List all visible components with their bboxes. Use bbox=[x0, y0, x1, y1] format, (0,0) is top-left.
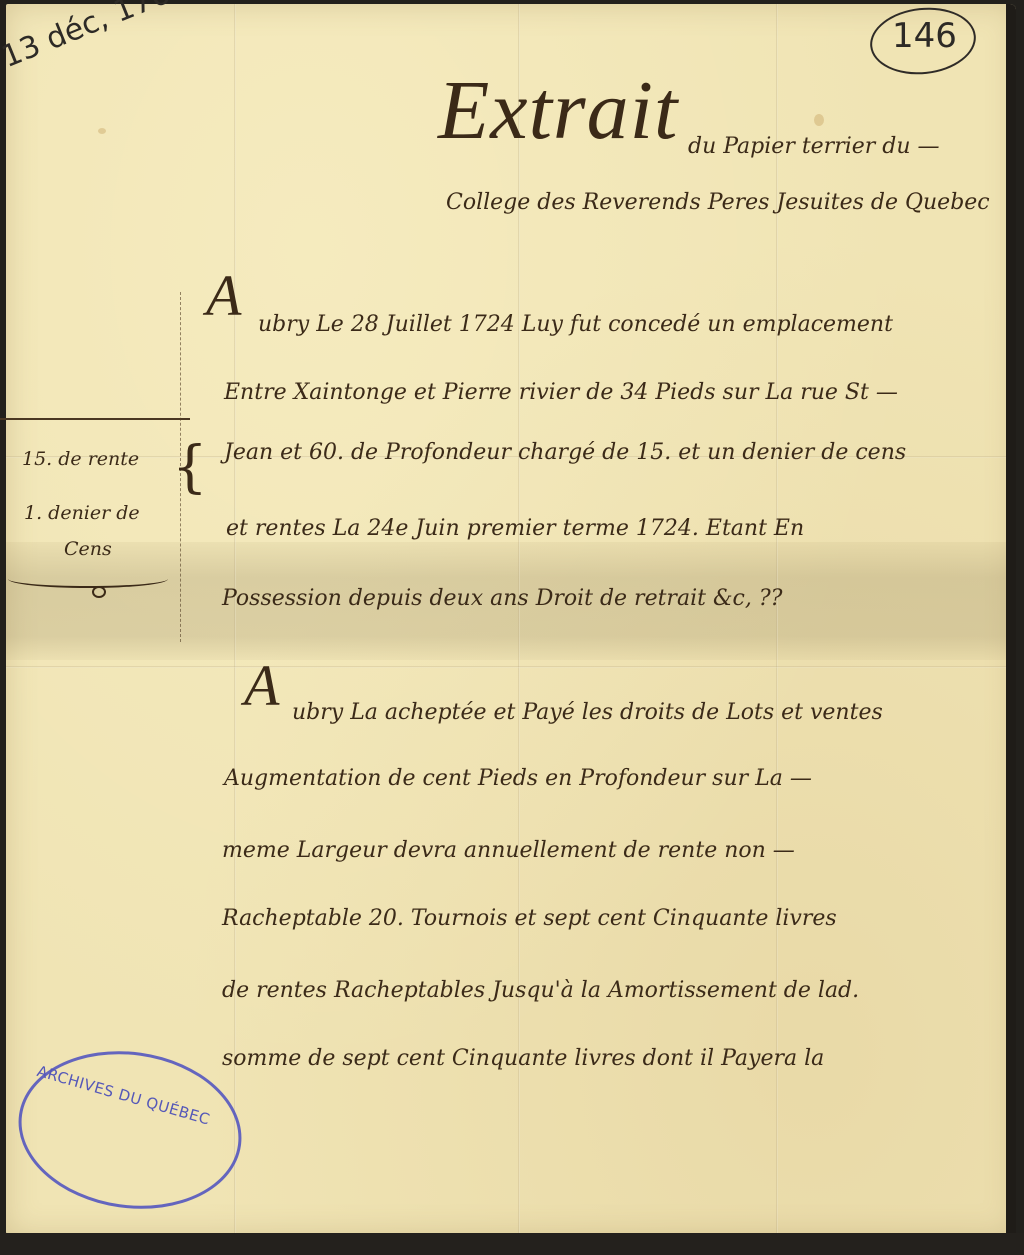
title-line-2: College des Reverends Peres Jesuites de … bbox=[446, 190, 990, 215]
title-line-1: du Papier terrier du — bbox=[688, 134, 940, 159]
margin-note-denier: 1. denier de bbox=[24, 502, 140, 524]
text-line: meme Largeur devra annuellement de rente… bbox=[222, 838, 795, 863]
paper-stain bbox=[98, 128, 106, 134]
page-edge bbox=[1006, 4, 1016, 1236]
text-line: Possession depuis deux ans Droit de retr… bbox=[222, 586, 782, 611]
flourish-knot-icon bbox=[92, 586, 106, 598]
text-line: Jean et 60. de Profondeur chargé de 15. … bbox=[224, 440, 906, 465]
text-line: et rentes La 24e Juin premier terme 1724… bbox=[226, 516, 804, 541]
margin-rule bbox=[0, 418, 190, 420]
drop-cap: A bbox=[244, 652, 279, 719]
text-line: Racheptable 20. Tournois et sept cent Ci… bbox=[222, 906, 837, 931]
text-line: somme de sept cent Cinquante livres dont… bbox=[222, 1046, 824, 1071]
flourish-icon bbox=[8, 570, 168, 588]
margin-note-rente: 15. de rente bbox=[22, 448, 139, 470]
drop-cap: A bbox=[206, 262, 241, 329]
paper-stain bbox=[814, 114, 824, 126]
brace-icon: { bbox=[172, 440, 208, 496]
text-line: Entre Xaintonge et Pierre rivier de 34 P… bbox=[224, 380, 898, 405]
text-line: ubry La acheptée et Payé les droits de L… bbox=[292, 700, 883, 725]
folio-number: 146 bbox=[892, 16, 957, 56]
scan-bottom-edge bbox=[0, 1233, 1024, 1255]
title-extrait: Extrait bbox=[438, 62, 678, 159]
text-line: de rentes Racheptables Jusqu'à la Amorti… bbox=[222, 978, 859, 1003]
text-line: ubry Le 28 Juillet 1724 Luy fut concedé … bbox=[258, 312, 893, 337]
text-line: Augmentation de cent Pieds en Profondeur… bbox=[224, 766, 812, 791]
fold-line-horizontal bbox=[6, 666, 1016, 668]
margin-note-cens: Cens bbox=[64, 538, 112, 560]
